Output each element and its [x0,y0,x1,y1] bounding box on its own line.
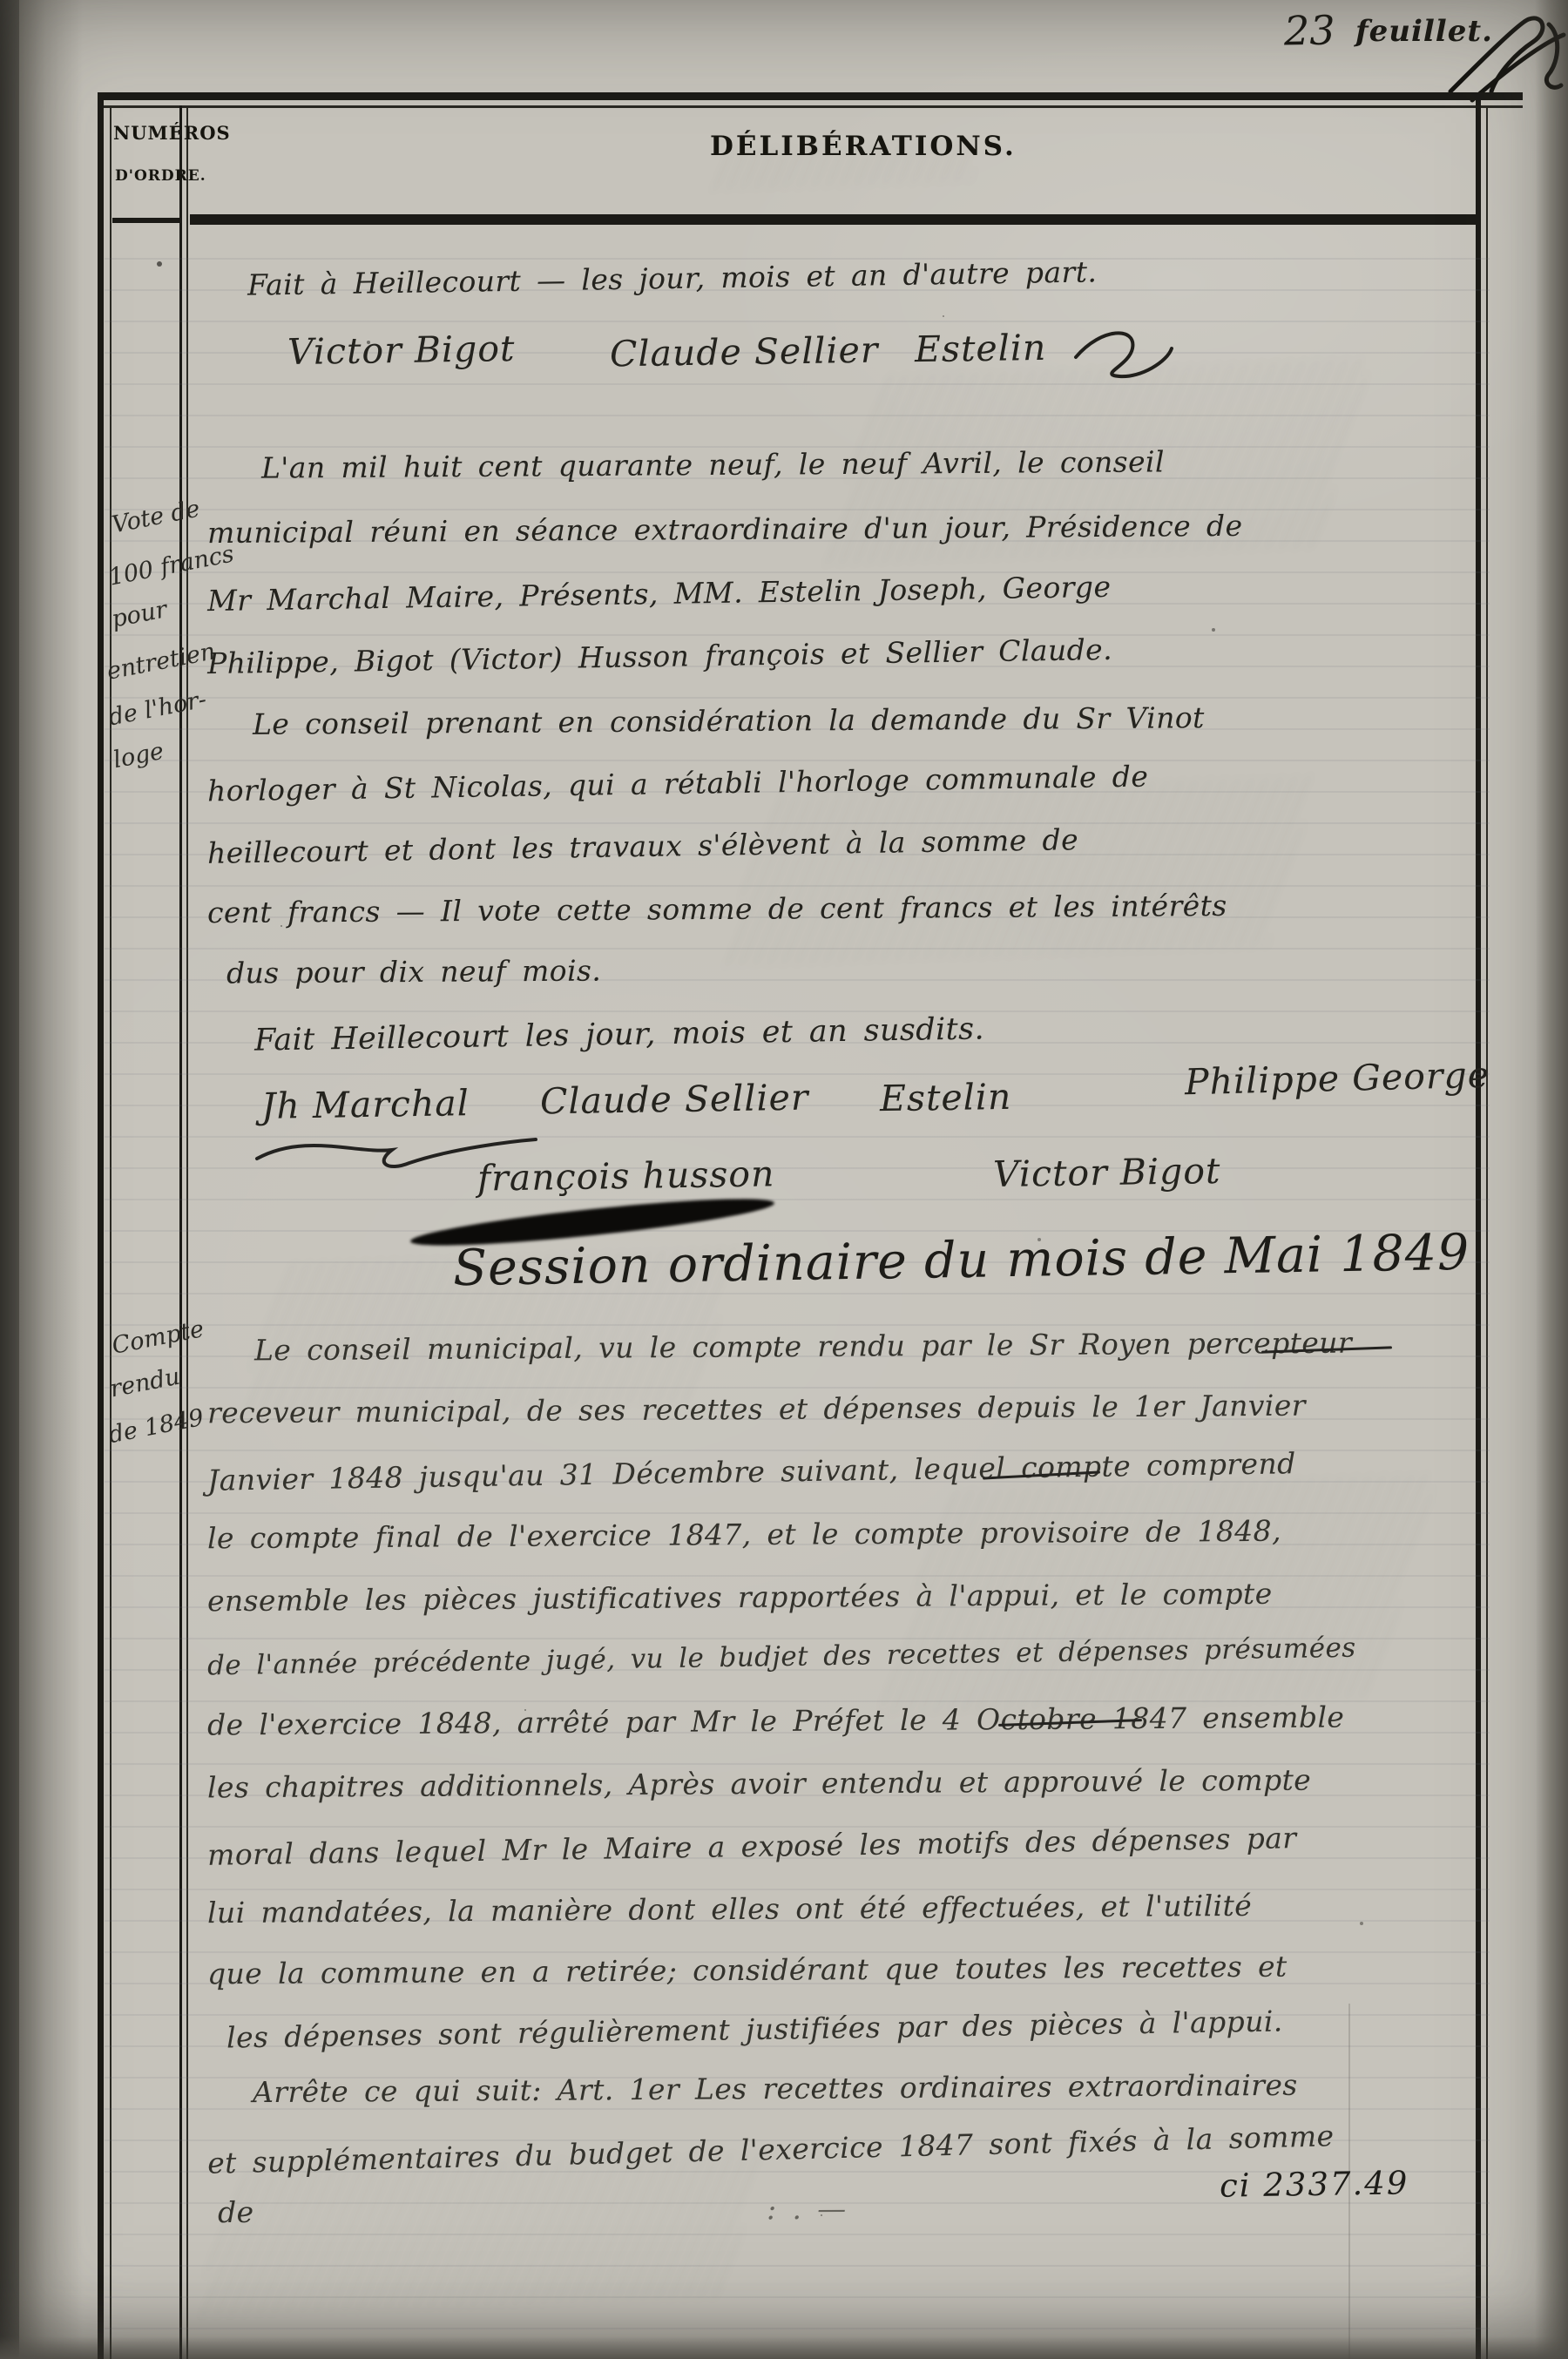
paper-right-edge [1535,0,1568,2359]
manuscript-line: de l'exercice 1848, arrêté par Mr le Pré… [207,1700,1345,1741]
manuscript-line: les chapitres additionnels, Après avoir … [207,1763,1311,1805]
margin-note-clock-line: de l'hor- [106,686,208,731]
manuscript-line: Arrête ce qui suit: Art. 1er Les recette… [253,2068,1298,2109]
manuscript-line: lui mandatées, la manière dont elles ont… [207,1889,1252,1930]
frame-right-thick [1476,92,1481,2359]
signature-philippe-george: Philippe George [1184,1054,1490,1104]
signature-estelin: Estelin [915,327,1047,370]
manuscript-line: le compte final de l'exercice 1847, et l… [207,1514,1281,1556]
total-amount: ci 2337.49 [1220,2164,1409,2204]
manuscript-line: dus pour dix neuf mois. [226,953,601,990]
frame-left-thick [98,92,104,2359]
margin-note-clock-line: pour [110,596,170,633]
binding-edge-dark [0,0,19,2359]
manuscript-line: Le conseil prenant en considération la d… [253,700,1205,741]
column-header-numeros-1: NUMÉROS [113,122,231,144]
margin-note-compte-line: Compte [110,1315,206,1360]
signature-estelin-2: Estelin [880,1076,1012,1119]
signature-claude-sellier: Claude Sellier [610,329,879,375]
signature-jh-marchal: Jh Marchal [261,1082,470,1127]
manuscript-line: Le conseil municipal, vu le compte rendu… [254,1326,1352,1368]
signature-flourish-icon [1071,322,1176,383]
manuscript-line: que la commune en a retirée; considérant… [207,1950,1288,1991]
ink-specks [157,261,162,267]
frame-top-thin [98,105,1523,108]
session-heading: Session ordinaire du mois de Mai 1849 [453,1224,1470,1297]
manuscript-line: Janvier 1848 jusqu'au 31 Décembre suivan… [207,1446,1296,1497]
margin-note-compte-line: de 1849 [106,1404,206,1450]
manuscript-line: de [218,2195,254,2229]
manuscript-line: receveur municipal, de ses recettes et d… [207,1389,1306,1430]
previous-closing-line: Fait à Heillecourt — les jour, mois et a… [247,254,1098,301]
manuscript-line: horloger à St Nicolas, qui a rétabli l'h… [207,760,1149,808]
frame-left-thin [110,105,112,2359]
manuscript-line: heillecourt et dont les travaux s'élèven… [207,822,1079,870]
signature-claude-sellier-2: Claude Sellier [540,1077,809,1123]
tally-dots: : . — [767,2192,847,2227]
margin-note-compte-line: rendu [108,1363,182,1403]
april-closing-line: Fait Heillecourt les jour, mois et an su… [254,1011,985,1058]
manuscript-line: L'an mil huit cent quarante neuf, le neu… [261,444,1165,484]
marchal-flourish-icon [253,1124,540,1176]
folio-number: 23 [1284,7,1335,55]
frame-right-thin [1486,105,1488,2359]
signature-victor-bigot-2: Victor Bigot [993,1150,1221,1195]
manuscript-line: cent francs — Il vote cette somme de cen… [207,889,1227,929]
manuscript-line: de l'année précédente jugé, vu le budjet… [207,1632,1356,1682]
paper-bottom-edge [0,2336,1568,2359]
bleed-through [721,774,1318,968]
manuscript-line: Mr Marchal Maire, Présents, MM. Estelin … [207,570,1112,618]
frame-top-thick [98,92,1523,100]
column-separator-a [179,105,182,2359]
manuscript-line: les dépenses sont régulièrement justifié… [226,2004,1283,2054]
manuscript-line: et supplémentaires du budget de l'exerci… [207,2119,1335,2180]
column-header-numeros-2: D'ORDRE. [115,167,206,185]
header-underline-left [112,218,179,223]
signature-victor-bigot: Victor Bigot [287,328,516,373]
paraph-flourish-icon [1446,9,1568,105]
manuscript-line: ensemble les pièces justificatives rappo… [207,1577,1273,1619]
margin-note-clock-line: loge [112,738,166,774]
margin-note-clock-line: Vote de [110,496,202,539]
header-underline-main [190,214,1476,225]
column-separator-b [186,105,188,2359]
column-header-deliberations: DÉLIBÉRATIONS. [710,131,1017,162]
manuscript-line: Philippe, Bigot (Victor) Husson françois… [207,632,1112,680]
manuscript-line: municipal réuni en séance extraordinaire… [207,509,1243,550]
margin-note-clock-line: entretien [105,638,218,685]
manuscript-line: moral dans lequel Mr le Maire a exposé l… [207,1821,1297,1872]
